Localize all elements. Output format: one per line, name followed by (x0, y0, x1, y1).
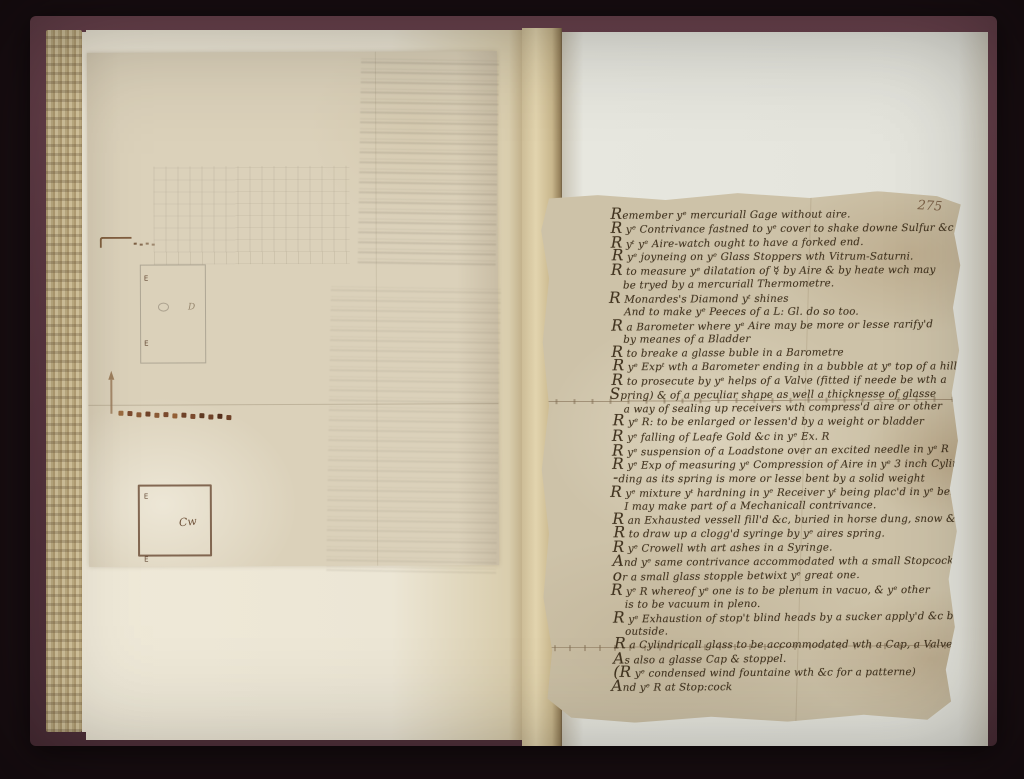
arrow-head (108, 371, 114, 380)
bleedthrough-text-upper (358, 56, 499, 270)
sketch-label: E (144, 340, 149, 348)
left-manuscript-sheet: E E D E E Cw (87, 51, 499, 567)
manuscript-line: R yᵉ R: to be enlarged or lessen'd by a … (613, 415, 957, 430)
circle-sketch (158, 303, 169, 312)
manuscript-line: R yᵉ R whereof yᵉ one is to be plenum in… (611, 582, 955, 598)
manuscript-line: R to breake a glasse buble in a Barometr… (611, 345, 955, 361)
manuscript-line: R yᵉ suspension of a Loadstone over an e… (612, 442, 956, 460)
manuscript-line: R yᵉ Expᵗ wth a Barometer ending in a bu… (612, 359, 956, 374)
manuscript-line: R Monardes's Diamond yᵗ shines (609, 290, 953, 306)
manuscript-line: R yᵉ joyneing on yᵉ Glass Stoppers wth V… (612, 250, 956, 265)
hook-sketch (100, 237, 132, 248)
manuscript-line: R to draw up a clogg'd syringe by yᵉ air… (613, 527, 957, 542)
dotted-chain-sketch (118, 411, 123, 416)
manuscript-line: -ding as its spring is more or lesse ben… (613, 471, 957, 486)
letter-d-mark: D (188, 302, 195, 312)
page-stack-edges (46, 30, 82, 732)
arrow-sketch (108, 371, 116, 415)
manuscript-line: R yᵉ mixture yᵗ hardning in yᵉ Receiver … (610, 485, 954, 501)
sketch-label: E (144, 556, 149, 564)
manuscript-text: Remember yᵉ mercuriall Gage without aire… (610, 207, 957, 695)
manuscript-line: And yᵉ R at Stop:cock (611, 679, 955, 695)
hook-dots (134, 243, 137, 245)
pencil-square-sketch (140, 264, 206, 363)
manuscript-leaf: 275 Remember yᵉ mercuriall Gage without … (538, 191, 965, 726)
arrow-shaft (110, 380, 112, 414)
sketch-label: E (144, 493, 149, 501)
sketch-label: E (144, 275, 149, 283)
squiggle-mark: Cw (178, 515, 197, 530)
grid-sketch (153, 166, 349, 265)
bleedthrough-text-lower (326, 286, 501, 579)
photo-of-open-manuscript-book: E E D E E Cw 275 Remember yᵉ mercuriall … (0, 0, 1024, 779)
